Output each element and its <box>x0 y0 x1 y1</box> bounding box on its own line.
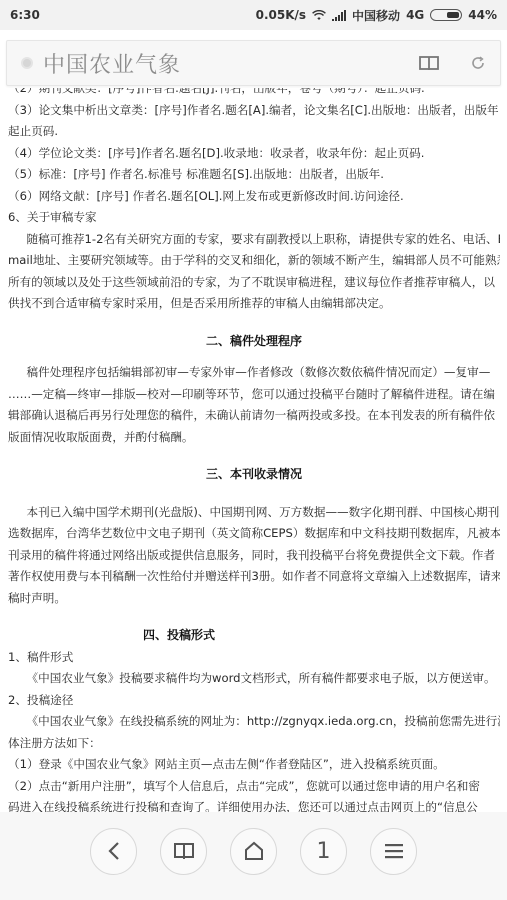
reader-button[interactable] <box>160 828 207 875</box>
tabs-button[interactable]: 1 <box>300 828 347 875</box>
section-4-title: 四、投稿形式 <box>8 625 500 647</box>
article-content[interactable]: （2）期刊文献类：[序号]作者名.题名[J].刊名，出版年，卷号（期号）：起止页… <box>0 88 507 812</box>
reviewer-paragraph-line1: 随稿可推荐1-2名有关研究方面的专家，要求有副教授以上职称，请提供专家的姓名、电… <box>8 229 500 251</box>
book-icon <box>173 842 195 860</box>
submission-step2-line1: （2）点击“新用户注册”，填写个人信息后，点击“完成”，您就可以通过您申请的用户… <box>8 776 500 798</box>
wifi-icon <box>312 10 326 21</box>
submission-url-line2: 体注册方法如下： <box>8 733 500 755</box>
net-speed: 0.05K/s <box>256 8 306 22</box>
reviewer-paragraph-line4: 供找不到合适审稿专家时采用，但是否采用所推荐的审稿人由编辑部决定。 <box>8 293 500 315</box>
status-time: 6:30 <box>10 8 40 22</box>
address-bar[interactable]: 中国农业气象 <box>6 40 501 86</box>
section-3-line2: 选数据库，台湾华艺数位中文电子期刊（英文简称CEPS）数据库和中文科技期刊数据库… <box>8 523 500 545</box>
ref-journal-cut: （2）期刊文献类：[序号]作者名.题名[J].刊名，出版年，卷号（期号）：起止页… <box>8 88 500 100</box>
ref-standard: （5）标准：[序号] 作者名.标准号 标准题名[S].出版地：出版者，出版年. <box>8 164 500 186</box>
battery-icon <box>430 9 462 21</box>
ref-collection-line1: （3）论文集中析出文章类：[序号]作者名.题名[A].编者，论文集名[C].出版… <box>8 100 500 122</box>
status-indicators: 0.05K/s 中国移动 4G 44% <box>256 7 497 24</box>
carrier-name: 中国移动 <box>352 7 400 24</box>
signal-icon <box>332 10 346 21</box>
manuscript-format-heading: 1、稿件形式 <box>8 647 500 669</box>
section-3-line4: 著作权使用费与本刊稿酬一次性给付并赠送样刊3册。如作者不同意将文章编入上述数据库… <box>8 566 500 588</box>
section-3-line5: 稿时声明。 <box>8 588 500 610</box>
submission-route-heading: 2、投稿途径 <box>8 690 500 712</box>
home-button[interactable] <box>230 828 277 875</box>
chevron-left-icon <box>107 841 121 861</box>
battery-level: 44% <box>468 8 497 22</box>
ref-collection-line2: 起止页码. <box>8 121 500 143</box>
ref-online: （6）网络文献：[序号] 作者名.题名[OL].网上发布或更新修改时间.访问途径… <box>8 186 500 208</box>
ref-thesis: （4）学位论文类：[序号]作者名.题名[D].收录地：收录者，收录年份：起止页码… <box>8 143 500 165</box>
tabs-count: 1 <box>317 839 331 864</box>
submission-step2-line2: 码进入在线投稿系统进行投稿和查询了。详细使用办法，您还可以通过点击网页上的“信息… <box>8 797 500 812</box>
reviewer-paragraph-line2: mail地址、主要研究领域等。由于学科的交叉和细化，新的领域不断产生，编辑部人员… <box>8 250 500 272</box>
submission-url-line1: 《中国农业气象》在线投稿系统的网址为：http://zgnyqx.ieda.or… <box>8 711 500 733</box>
section-2-line3: 辑部确认退稿后再另行处理您的稿件，未确认前请勿一稿两投或多投。在本刊发表的所有稿… <box>8 405 500 427</box>
back-button[interactable] <box>90 828 137 875</box>
section-3-line1: 本刊已入编中国学术期刊(光盘版)、中国期刊网、万方数据——数字化期刊群、中国核心… <box>8 502 500 524</box>
reviewer-heading: 6、关于审稿专家 <box>8 207 500 229</box>
submission-step1: （1）登录《中国农业气象》网站主页—点击左侧“作者登陆区”，进入投稿系统页面。 <box>8 754 500 776</box>
site-icon <box>21 57 33 69</box>
page-title[interactable]: 中国农业气象 <box>43 48 418 79</box>
section-3-title: 三、本刊收录情况 <box>8 464 500 486</box>
manuscript-format-text: 《中国农业气象》投稿要求稿件均为word文档形式，所有稿件都要求电子版，以方便送… <box>8 668 500 690</box>
hamburger-menu-icon <box>384 843 404 859</box>
reader-mode-icon[interactable] <box>418 54 440 72</box>
refresh-icon[interactable] <box>470 55 486 71</box>
section-2-line2: ……—定稿—终审—排版—校对—印刷等环节，您可以通过投稿平台随时了解稿件进程。请… <box>8 384 500 406</box>
bottom-navigation: 1 <box>0 812 507 900</box>
section-2-title: 二、稿件处理程序 <box>8 331 500 353</box>
menu-button[interactable] <box>370 828 417 875</box>
section-2-line1: 稿件处理程序包括编辑部初审—专家外审—作者修改（数修次数依稿件情况而定）—复审— <box>8 362 500 384</box>
status-bar: 6:30 0.05K/s 中国移动 4G 44% <box>0 0 507 30</box>
section-2-line4: 版面情况收取版面费，并酌付稿酬。 <box>8 427 500 449</box>
reviewer-paragraph-line3: 所有的领域以及处于这些领域前沿的专家，为了不耽误审稿进程，建议每位作者推荐审稿人… <box>8 272 500 294</box>
home-icon <box>243 841 265 861</box>
network-type: 4G <box>406 8 424 22</box>
section-3-line3: 刊录用的稿件将通过网络出版或提供信息服务，同时，我刊投稿平台将免费提供全文下载。… <box>8 545 500 567</box>
